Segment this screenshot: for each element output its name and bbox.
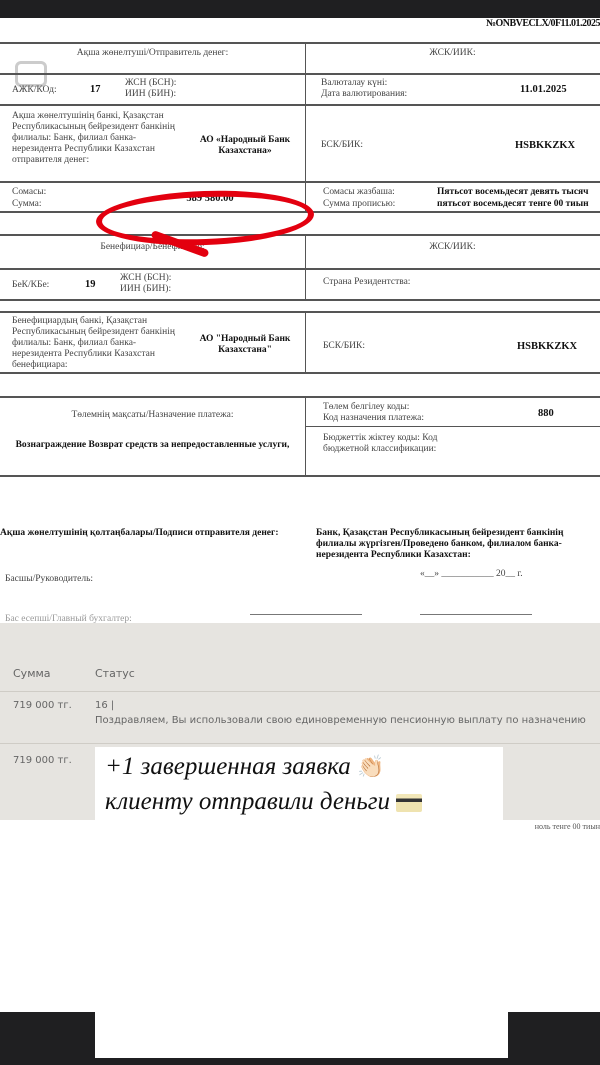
- amount-words-label-kz: Сомасы жазбаша:: [323, 187, 395, 198]
- budget-code-label: Бюджеттік жіктеу коды: Код бюджетной кла…: [323, 433, 453, 455]
- sender-iik-label: ЖСК/ИИК:: [305, 48, 600, 59]
- payment-order-document: №ONBVECLX/0F11.01.2025 Ақша жөнелтуші/От…: [0, 18, 600, 623]
- divider: [0, 181, 600, 183]
- clapping-hands-icon: 👏🏻: [357, 754, 384, 779]
- divider: [0, 396, 600, 398]
- beneficiary-bik-value: HSBKKZKX: [517, 341, 577, 352]
- residency-label: Страна Резидентства:: [323, 277, 410, 288]
- beneficiary-header: Бенефициар/Бенефициар:: [0, 242, 305, 253]
- sender-bank-value: АО «Народный Банк Казахстана»: [190, 135, 300, 157]
- bank-processed-label: Банк, Қазақстан Республикасының бейрезид…: [316, 528, 596, 561]
- sender-kod-label: АЖК/КОд:: [12, 85, 57, 96]
- purpose-code-value: 880: [538, 408, 554, 419]
- beneficiary-kbe-value: 19: [85, 279, 96, 290]
- red-highlight-circle: [95, 187, 315, 249]
- divider: [0, 104, 600, 106]
- sender-kod-value: 17: [90, 84, 101, 95]
- value-date-label-ru: Дата валютирования:: [321, 89, 407, 100]
- divider: [0, 234, 600, 236]
- row-status-text: Поздравляем, Вы использовали свою единов…: [95, 715, 586, 726]
- document-lower-area: ноль тенге 00 тиын: [0, 820, 600, 1012]
- beneficiary-bik-label: БСК/БИК:: [323, 341, 365, 352]
- reply-input-area[interactable]: [95, 1010, 508, 1058]
- purpose-header: Төлемнің мақсаты/Назначение платежа:: [0, 410, 305, 421]
- row-amount: 719 000 тг.: [13, 700, 72, 711]
- sender-signature-label: Ақша жөнелтушінің қолтаңбалары/Подписи о…: [0, 528, 290, 539]
- divider: [305, 396, 306, 476]
- beneficiary-bank-label: Бенефициардың банкі, Қазақстан Республик…: [12, 316, 177, 371]
- sender-bank-label: Ақша жөнелтушінің банкі, Қазақстан Респу…: [12, 111, 177, 166]
- divider: [0, 311, 600, 313]
- head-label: Басшы/Руководитель:: [5, 574, 93, 585]
- sender-bin-label-ru: ИИН (БИН):: [125, 89, 176, 100]
- signature-line: [420, 614, 532, 615]
- story-caption: +1 завершенная заявка 👏🏻 клиенту отправи…: [95, 747, 503, 821]
- value-date: 11.01.2025: [520, 84, 567, 95]
- beneficiary-kbe-label: БеК/КБе:: [12, 280, 49, 291]
- column-header-status: Статус: [95, 667, 135, 680]
- amount-label-ru: Сумма:: [12, 199, 42, 210]
- accountant-label: Бас есепші/Главный бухгалтер:: [5, 614, 132, 623]
- beneficiary-bank-value: АО "Народный Банк Казахстана": [190, 334, 300, 356]
- divider: [305, 426, 600, 427]
- top-dark-bar: [0, 0, 600, 18]
- amount-words-label-ru: Сумма прописью:: [323, 199, 395, 210]
- sender-header: Ақша жөнелтуші/Отправитель денег:: [0, 48, 305, 59]
- caption-line-2: клиенту отправили деньги: [105, 784, 503, 819]
- divider: [0, 691, 600, 692]
- divider: [305, 42, 306, 188]
- amount-words-tail: ноль тенге 00 тиын: [535, 822, 600, 831]
- amount-label-kz: Сомасы:: [12, 187, 46, 198]
- divider: [0, 743, 600, 744]
- value-date-label-kz: Валюталау күні:: [321, 78, 387, 89]
- beneficiary-bin-label-kz: ЖСН (БСН):: [120, 273, 171, 284]
- credit-card-icon: [396, 794, 422, 812]
- divider: [305, 311, 306, 373]
- divider: [0, 372, 600, 374]
- divider: [0, 268, 600, 270]
- divider: [0, 42, 600, 44]
- purpose-code-label-ru: Код назначения платежа:: [323, 413, 424, 424]
- divider: [0, 73, 600, 75]
- amount-words-line2: пятьсот восемьдесят тенге 00 тиын: [437, 199, 589, 210]
- date-placeholder: «__» ___________ 20__ г.: [420, 569, 523, 580]
- beneficiary-bin-label-ru: ИИН (БИН):: [120, 284, 171, 295]
- beneficiary-iik-label: ЖСК/ИИК:: [305, 242, 600, 253]
- amount-words-line1: Пятьсот восемьдесят девять тысяч: [437, 187, 589, 198]
- reference-number: №ONBVECLX/0F11.01.2025: [486, 18, 600, 29]
- sender-bik-value: HSBKKZKX: [515, 140, 575, 151]
- purpose-value: Вознаграждение Возврат средств за непред…: [15, 440, 290, 451]
- divider: [0, 299, 600, 301]
- row-amount: 719 000 тг.: [13, 755, 72, 766]
- signature-line: [250, 614, 362, 615]
- caption-line-1: +1 завершенная заявка 👏🏻: [105, 749, 503, 784]
- sender-bin-label-kz: ЖСН (БСН):: [125, 78, 176, 89]
- row-status-code: 16 |: [95, 700, 114, 711]
- purpose-code-label-kz: Төлем белгілеу коды:: [323, 402, 409, 413]
- sender-bik-label: БСК/БИК:: [321, 140, 363, 151]
- column-header-amount: Сумма: [13, 667, 51, 680]
- divider: [0, 475, 600, 477]
